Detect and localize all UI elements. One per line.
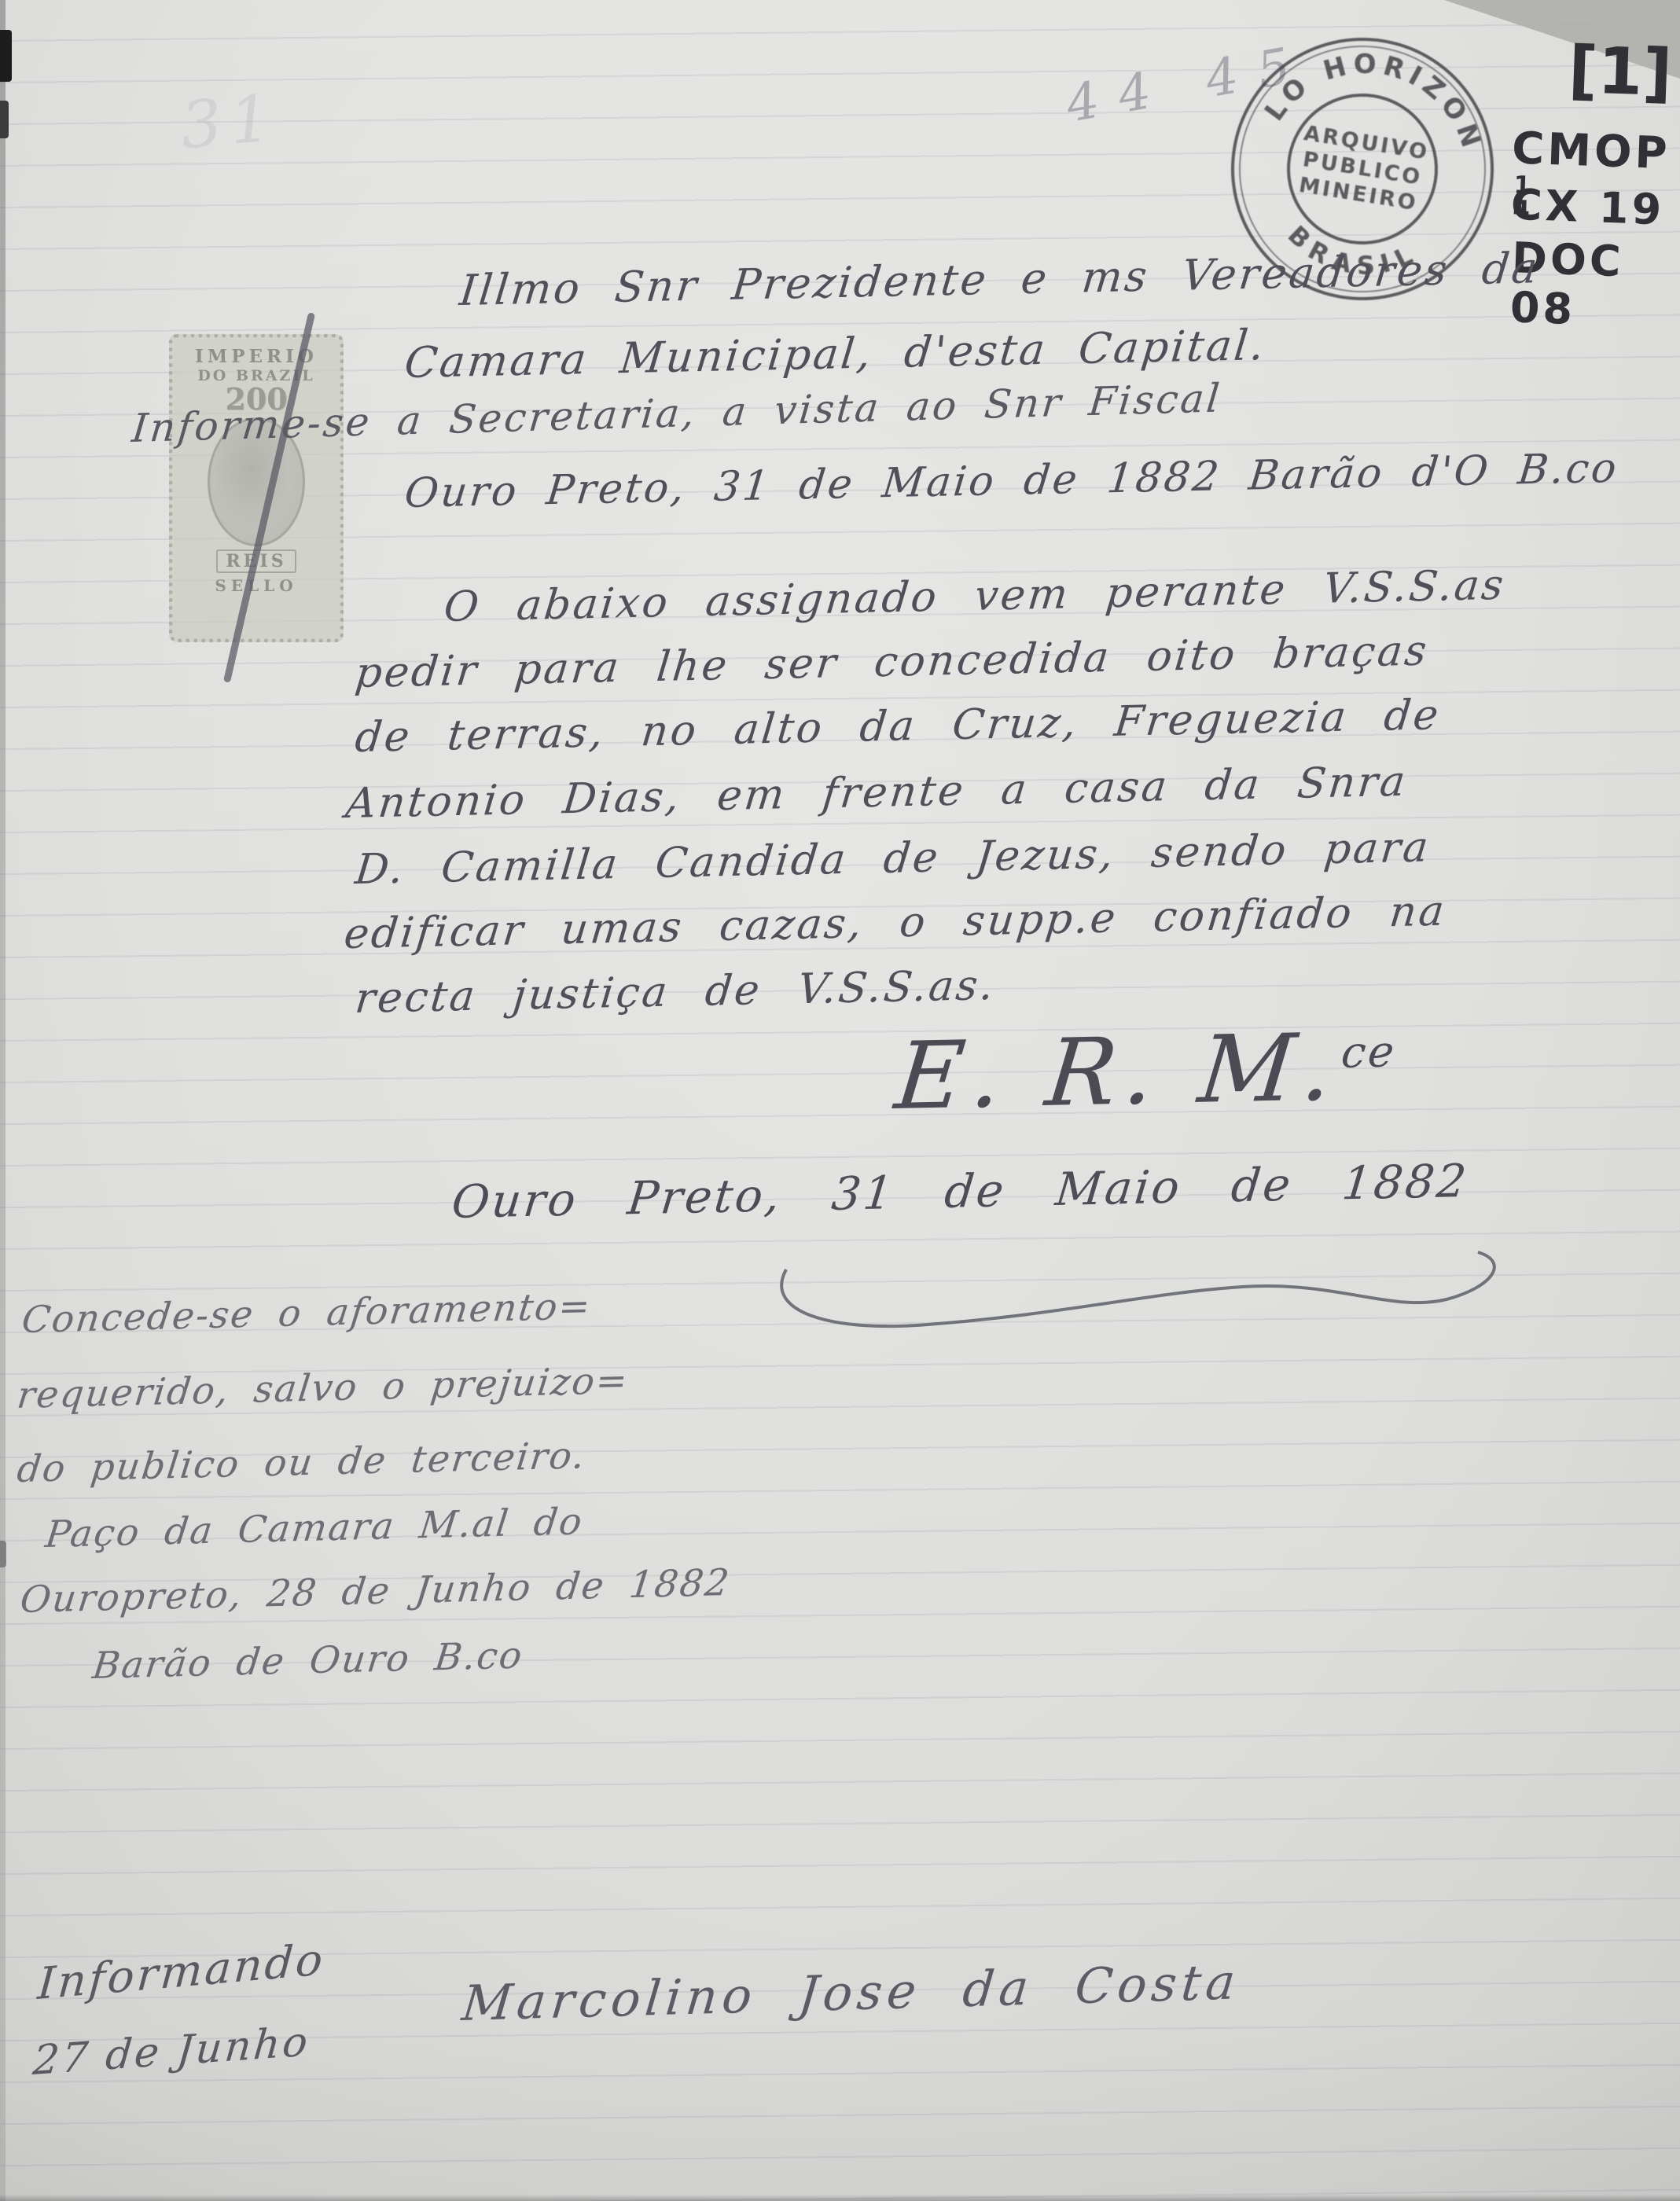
collection-code-text: CMOP	[1511, 123, 1671, 179]
scan-left-edge	[0, 0, 6, 2201]
flourish-path	[781, 1252, 1494, 1326]
scanned-document-page: 31 44 45 [1] CMOP14 CX 19 DOC 08 BELO HO…	[0, 0, 1680, 2201]
archival-box-code: CX 19	[1510, 180, 1665, 235]
signature-flourish	[739, 1238, 1541, 1364]
closing-superscript: ce	[1339, 1026, 1399, 1077]
revenue-stamp-label: SELLO	[173, 576, 340, 595]
scan-artifact	[0, 1541, 6, 1567]
revenue-stamp: IMPERIO DO BRAZIL 200 REIS SELLO	[169, 334, 344, 642]
pencil-mark-faint: 31	[178, 81, 281, 164]
closing-main: E. R. M.	[891, 1012, 1346, 1130]
archival-page-mark: [1]	[1567, 33, 1673, 112]
revenue-stamp-country-line1: IMPERIO	[173, 346, 340, 367]
closing-formula: E. R. M.ce	[891, 1012, 1400, 1130]
scan-bottom-edge	[0, 2195, 1680, 2201]
scan-artifact	[0, 101, 9, 138]
scan-artifact	[0, 30, 12, 82]
archive-round-stamp: BELO HORIZONTE BRASIL ARQUIVO PUBLICO MI…	[1178, 0, 1546, 354]
